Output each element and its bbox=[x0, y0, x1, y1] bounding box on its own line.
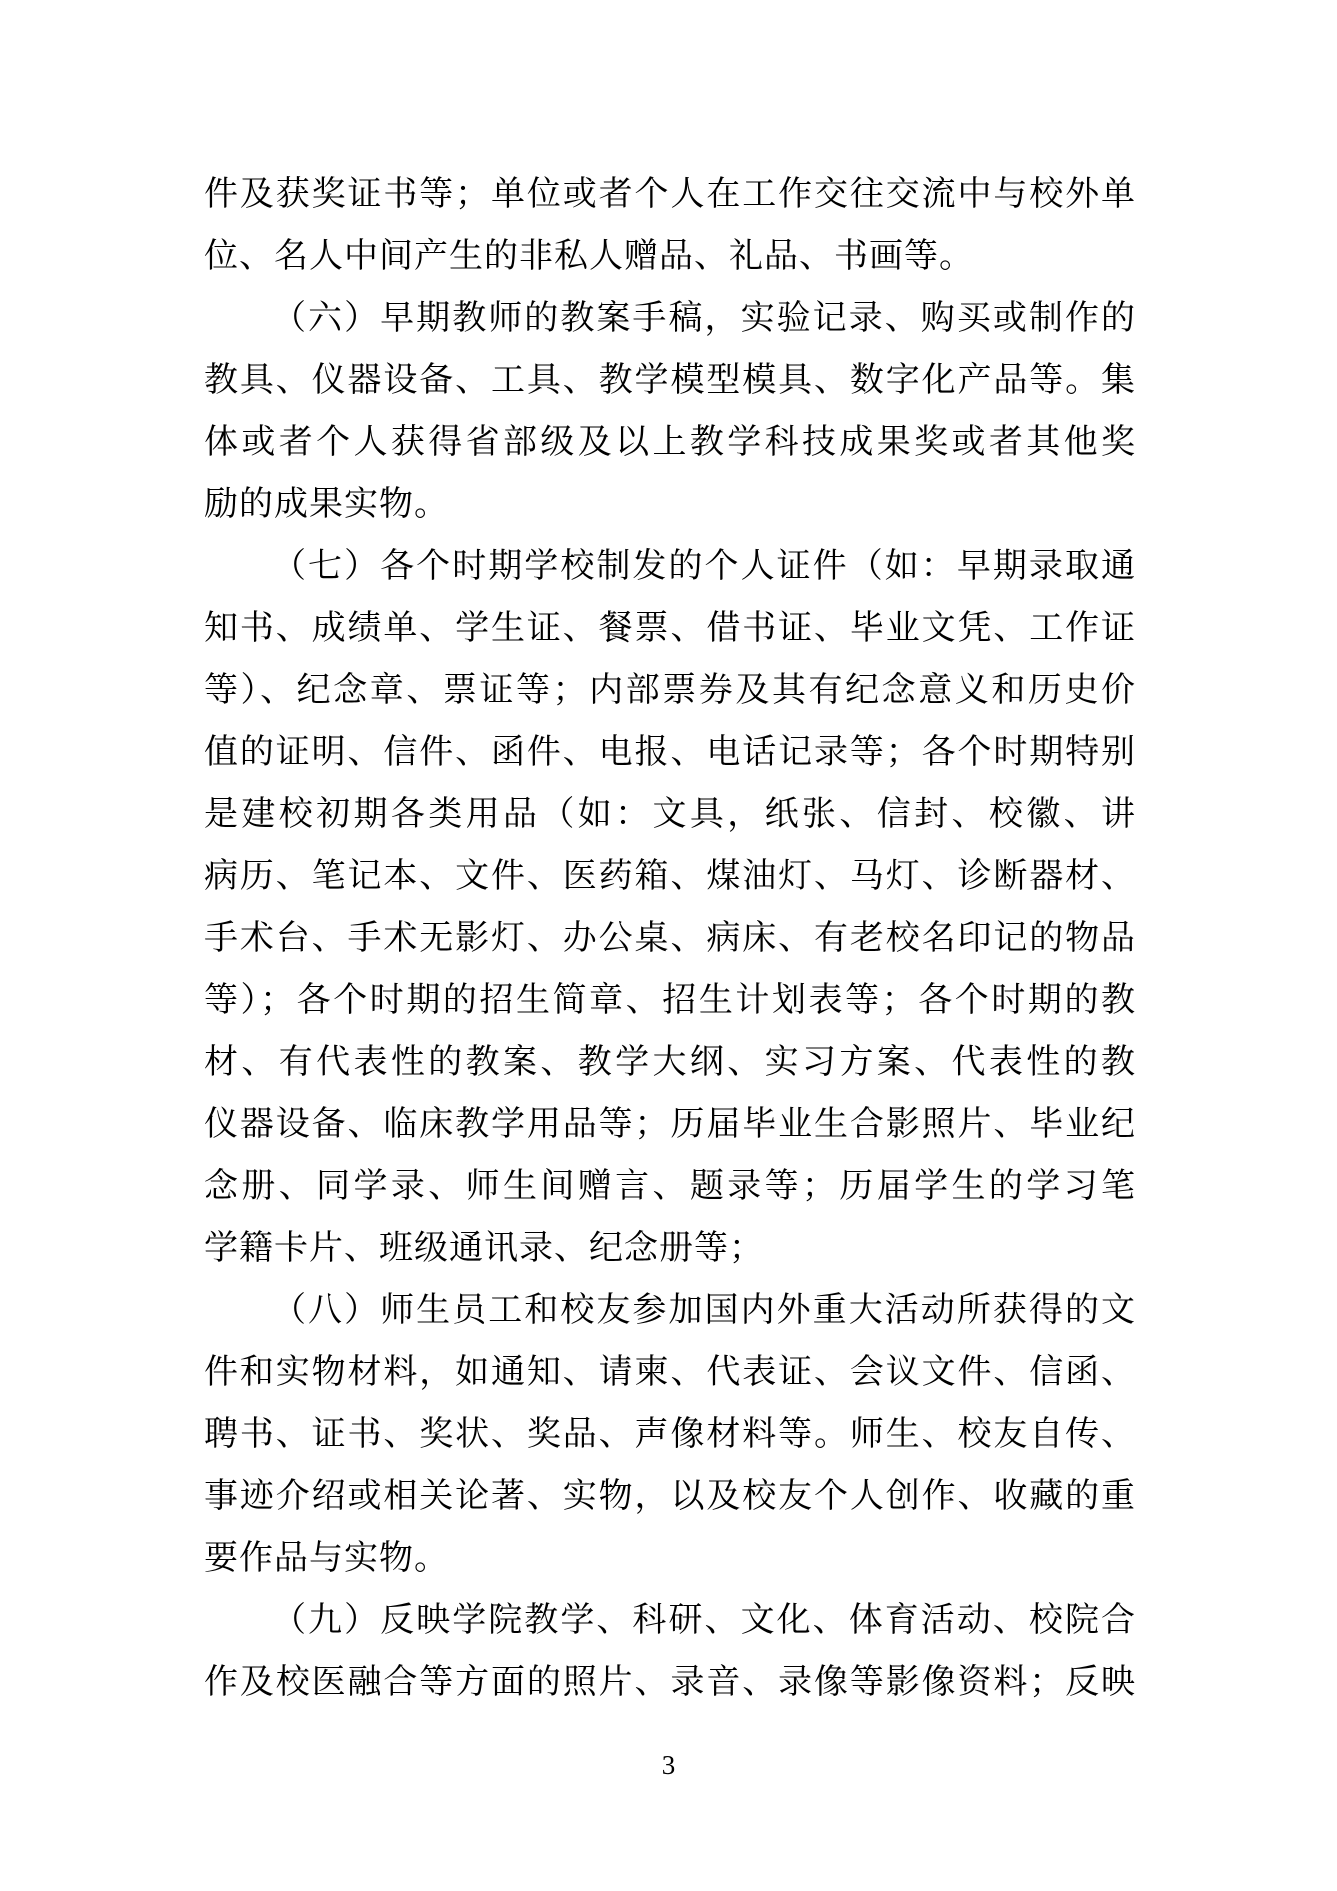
text-line: （九）反映学院教学、科研、文化、体育活动、校院合 bbox=[204, 1590, 1136, 1652]
page-number: 3 bbox=[0, 1750, 1337, 1780]
text-line: 要作品与实物。 bbox=[204, 1528, 1136, 1590]
text-line: （六）早期教师的教案手稿，实验记录、购买或制作的 bbox=[204, 288, 1136, 350]
text-line: 作及校医融合等方面的照片、录音、录像等影像资料；反映 bbox=[204, 1652, 1136, 1714]
text-line: （七）各个时期学校制发的个人证件（如：早期录取通 bbox=[204, 536, 1136, 598]
document-page: 件及获奖证书等；单位或者个人在工作交往交流中与校外单 位、名人中间产生的非私人赠… bbox=[0, 0, 1337, 1891]
text-line: 是建校初期各类用品（如：文具，纸张、信封、校徽、讲义、 bbox=[204, 784, 1136, 846]
text-line: 教具、仪器设备、工具、教学模型模具、数字化产品等。集 bbox=[204, 350, 1136, 412]
text-line: （八）师生员工和校友参加国内外重大活动所获得的文 bbox=[204, 1280, 1136, 1342]
text-line: 件及获奖证书等；单位或者个人在工作交往交流中与校外单 bbox=[204, 164, 1136, 226]
text-line: 材、有代表性的教案、教学大纲、实习方案、代表性的教具、 bbox=[204, 1032, 1136, 1094]
text-line: 励的成果实物。 bbox=[204, 474, 1136, 536]
text-line: 体或者个人获得省部级及以上教学科技成果奖或者其他奖 bbox=[204, 412, 1136, 474]
text-line: 念册、同学录、师生间赠言、题录等；历届学生的学习笔记、 bbox=[204, 1156, 1136, 1218]
text-line: 聘书、证书、奖状、奖品、声像材料等。师生、校友自传、 bbox=[204, 1404, 1136, 1466]
text-line: 病历、笔记本、文件、医药箱、煤油灯、马灯、诊断器材、 bbox=[204, 846, 1136, 908]
text-line: 学籍卡片、班级通讯录、纪念册等； bbox=[204, 1218, 1136, 1280]
text-line: 件和实物材料，如通知、请柬、代表证、会议文件、信函、 bbox=[204, 1342, 1136, 1404]
text-line: 等）、纪念章、票证等；内部票券及其有纪念意义和历史价 bbox=[204, 660, 1136, 722]
text-line: 知书、成绩单、学生证、餐票、借书证、毕业文凭、工作证 bbox=[204, 598, 1136, 660]
document-body: 件及获奖证书等；单位或者个人在工作交往交流中与校外单 位、名人中间产生的非私人赠… bbox=[204, 164, 1136, 1714]
text-line: 仪器设备、临床教学用品等；历届毕业生合影照片、毕业纪 bbox=[204, 1094, 1136, 1156]
text-line: 值的证明、信件、函件、电报、电话记录等；各个时期特别 bbox=[204, 722, 1136, 784]
text-line: 事迹介绍或相关论著、实物，以及校友个人创作、收藏的重 bbox=[204, 1466, 1136, 1528]
text-line: 等）；各个时期的招生简章、招生计划表等；各个时期的教 bbox=[204, 970, 1136, 1032]
text-line: 手术台、手术无影灯、办公桌、病床、有老校名印记的物品 bbox=[204, 908, 1136, 970]
text-line: 位、名人中间产生的非私人赠品、礼品、书画等。 bbox=[204, 226, 1136, 288]
